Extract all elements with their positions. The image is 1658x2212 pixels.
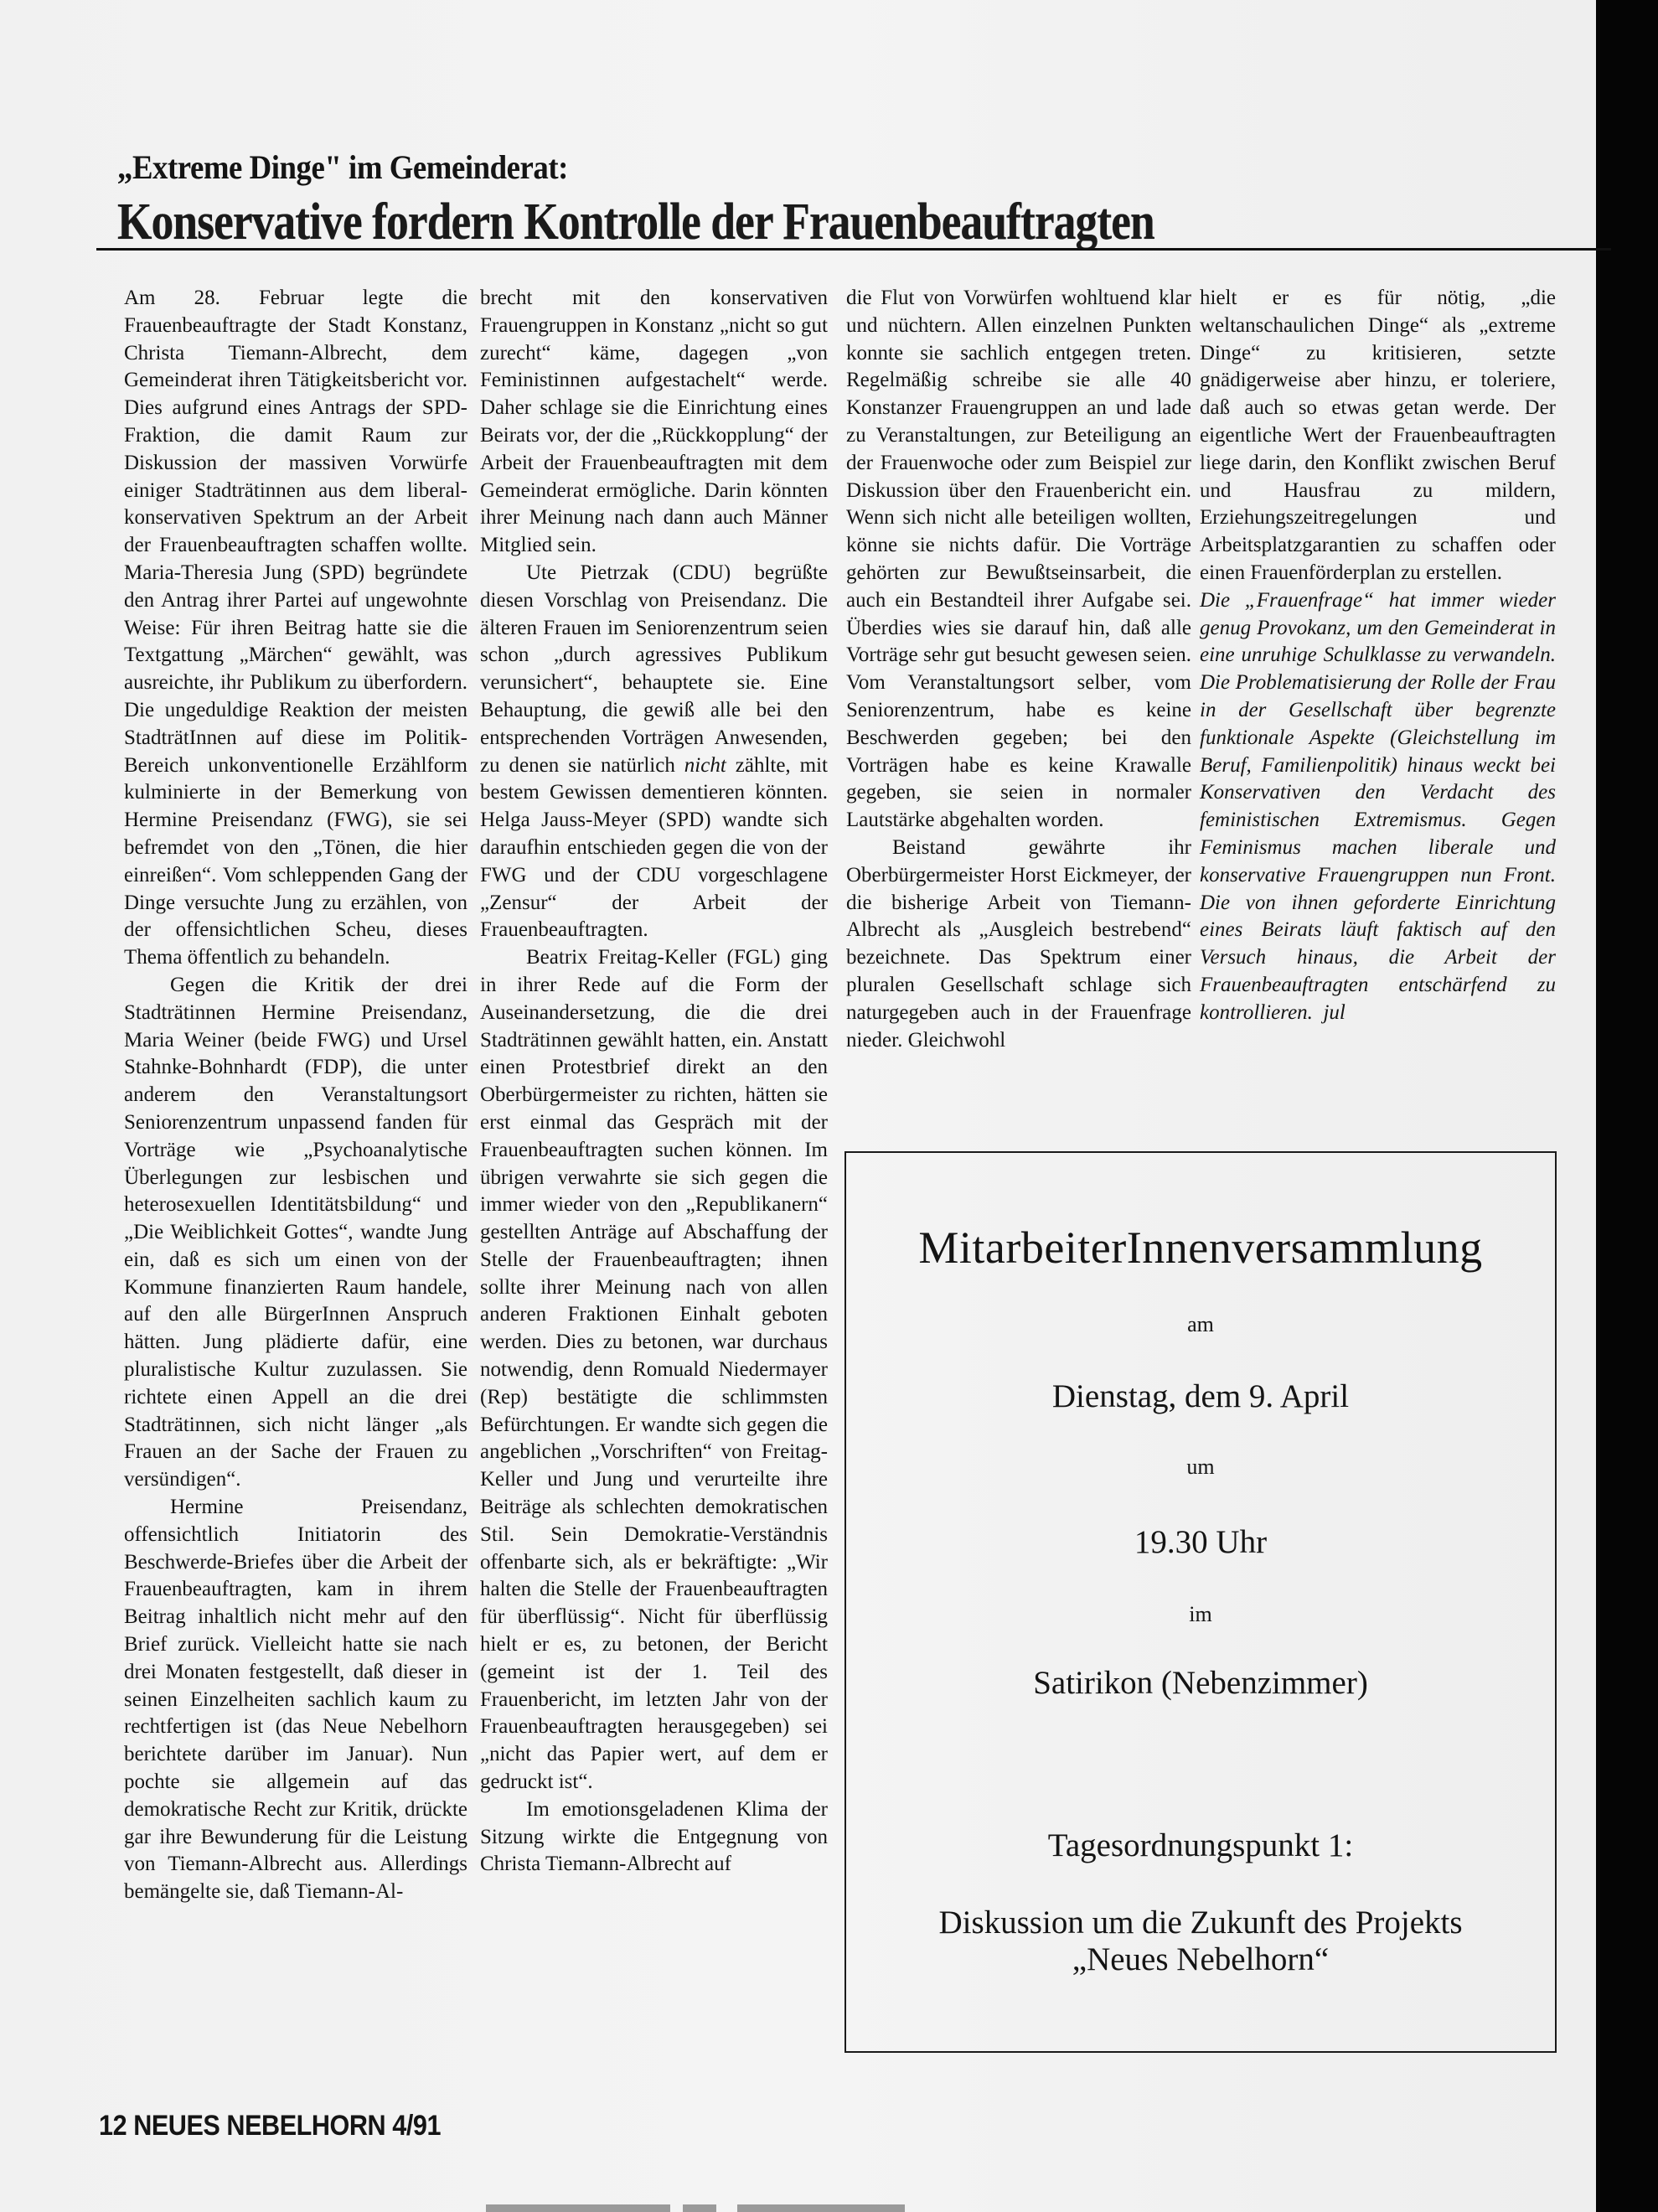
announcement-time: 19.30 Uhr: [846, 1523, 1555, 1561]
paragraph: Im emotionsgeladenen Klima der Sitzung w…: [480, 1796, 828, 1879]
article-column-2: brecht mit den konservativen Frauengrupp…: [480, 285, 828, 1879]
announcement-im: im: [846, 1602, 1555, 1627]
announcement-um: um: [846, 1455, 1555, 1480]
commentary-text: Die „Frauenfrage“ hat immer wieder genug…: [1200, 589, 1556, 1024]
paragraph: Beistand gewährte ihr Oberbürgermeister …: [846, 835, 1191, 1054]
scan-artifact: [683, 2204, 716, 2212]
paragraph: Beatrix Freitag-Keller (FGL) ging in ihr…: [480, 944, 828, 1796]
article-column-1: Am 28. Februar legte die Frauenbeauftrag…: [124, 285, 467, 1906]
paragraph: die Flut von Vorwürfen wohltuend klar un…: [846, 285, 1191, 835]
issue-number: 4/91: [392, 2110, 441, 2142]
announcement-agenda-line-1: Diskussion um die Zukunft des Projekts: [846, 1904, 1555, 1941]
paragraph-text: zählte, mit bestem Gewissen dementieren …: [480, 754, 828, 942]
article-kicker: „Extreme Dinge" im Gemeinderat:: [117, 147, 568, 187]
article-headline: Konservative fordern Kontrolle der Fraue…: [117, 193, 1154, 252]
announcement-am: am: [846, 1312, 1555, 1337]
paragraph: brecht mit den konservativen Frauengrupp…: [480, 285, 828, 560]
announcement-place: Satirikon (Nebenzimmer): [846, 1664, 1555, 1702]
announcement-date: Dienstag, dem 9. April: [846, 1377, 1555, 1415]
announcement-title: MitarbeiterInnenversammlung: [846, 1222, 1555, 1274]
paragraph: Am 28. Februar legte die Frauenbeauftrag…: [124, 285, 467, 972]
paragraph: Ute Pietrzak (CDU) begrüßte diesen Vorsc…: [480, 560, 828, 944]
announcement-box: MitarbeiterInnenversammlung am Dienstag,…: [844, 1151, 1557, 2053]
scan-artifact: [486, 2204, 670, 2212]
announcement-agenda-heading: Tagesordnungspunkt 1:: [846, 1827, 1555, 1864]
scan-edge-shadow: [1596, 0, 1658, 2212]
paragraph-text: Ute Pietrzak (CDU) begrüßte diesen Vorsc…: [480, 561, 828, 777]
announcement-agenda-line-2: „Neues Nebelhorn“: [846, 1941, 1555, 1978]
article-column-3: die Flut von Vorwürfen wohltuend klar un…: [846, 285, 1191, 1054]
author-signature: jul: [1323, 1001, 1345, 1024]
paragraph: Hermine Preisendanz, offensichtlich Init…: [124, 1494, 467, 1906]
headline-rule: [96, 248, 1611, 251]
publication-name: NEUES NEBELHORN: [133, 2110, 385, 2142]
page-footer: 12 NEUES NEBELHORN 4/91: [99, 2110, 441, 2142]
emphasis-text: nicht: [684, 754, 726, 777]
paragraph: Gegen die Kritik der drei Stadträtinnen …: [124, 972, 467, 1494]
paragraph: hielt er es für nötig, „die weltanschaul…: [1200, 285, 1556, 587]
page-number: 12: [99, 2110, 127, 2142]
commentary-paragraph: Die „Frauenfrage“ hat immer wieder genug…: [1200, 587, 1556, 1027]
article-column-4: hielt er es für nötig, „die weltanschaul…: [1200, 285, 1556, 1027]
scan-artifact: [737, 2204, 905, 2212]
